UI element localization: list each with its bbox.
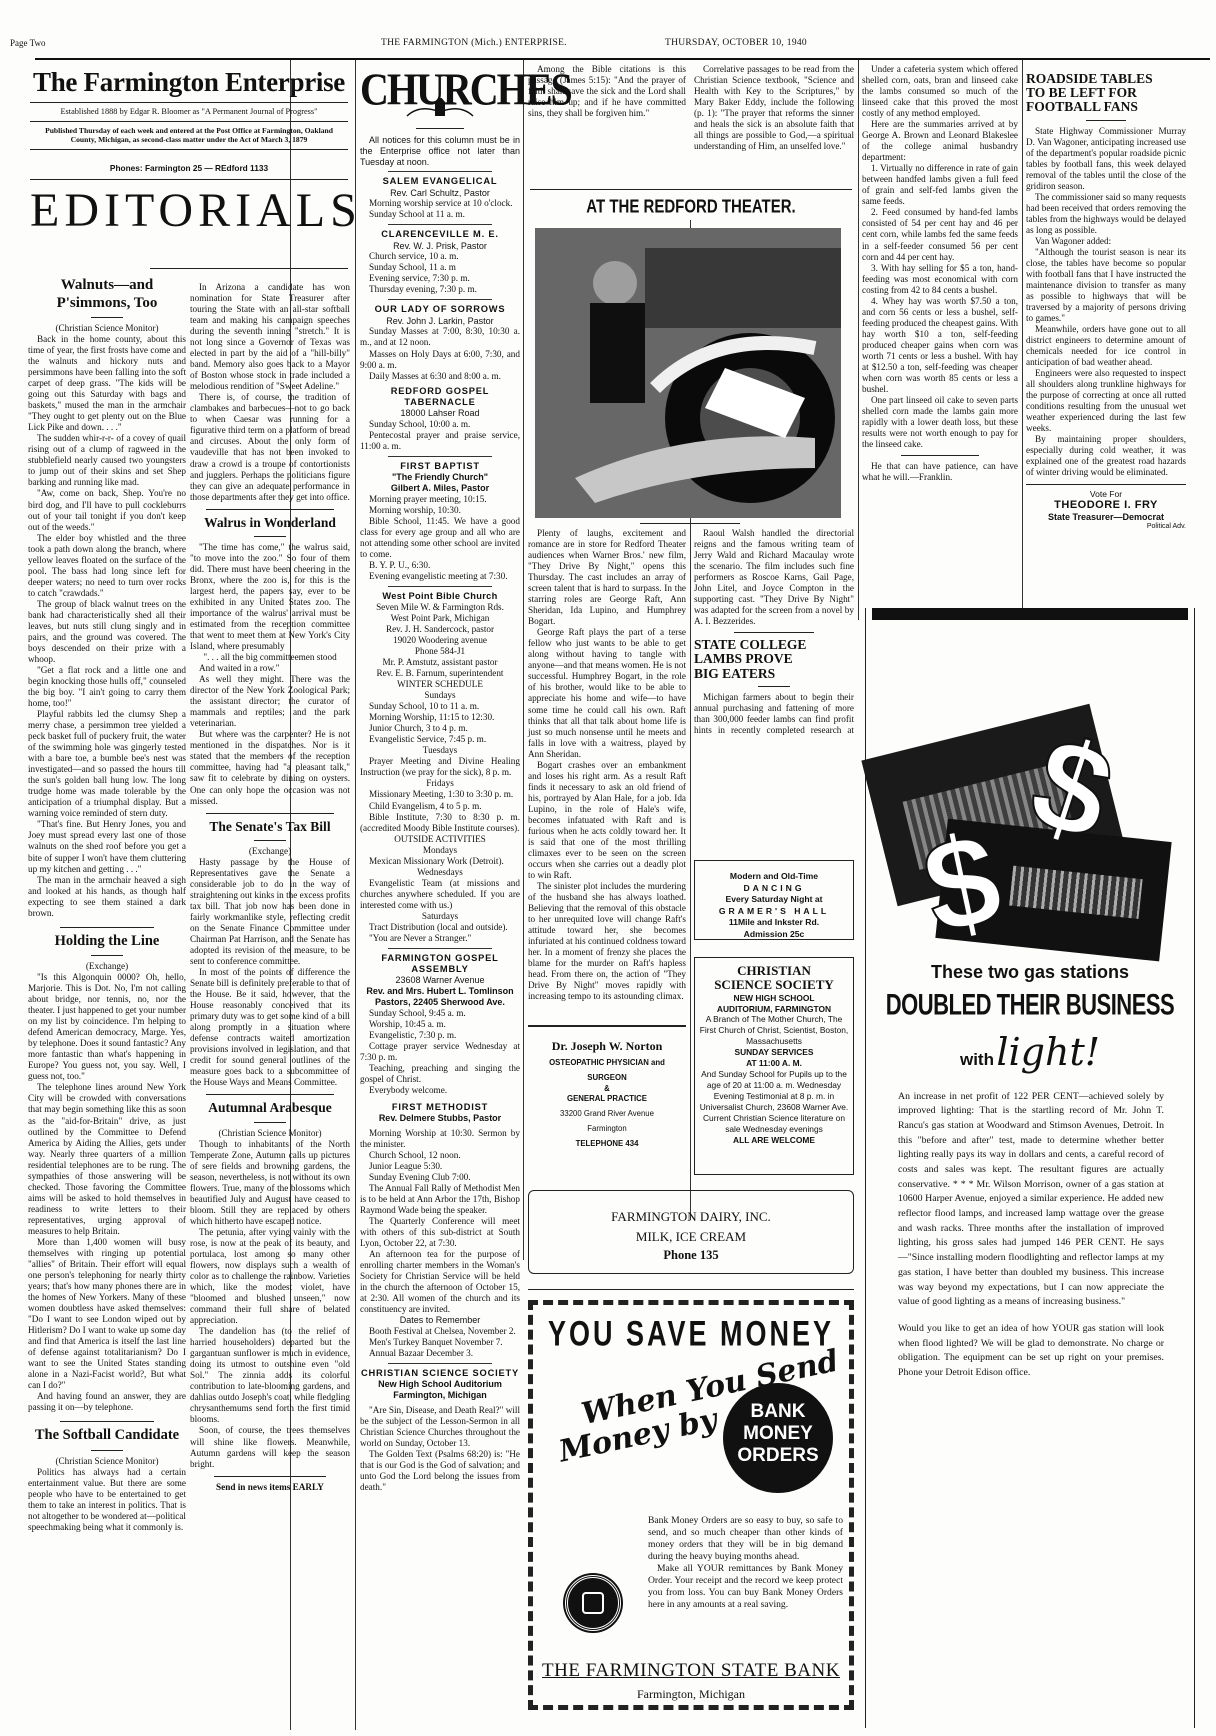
church-line: Daily Masses at 6:30 and 8:00 a. m. <box>360 371 520 382</box>
ad-line: NEW HIGH SCHOOL <box>699 993 849 1004</box>
heading-with: with <box>960 1050 994 1069</box>
dairy-name: FARMINGTON DAIRY, INC. <box>529 1209 853 1225</box>
ad-line: Current Christian Science literature on … <box>699 1113 849 1135</box>
paragraph: Plenty of laughs, excitement and romance… <box>528 528 686 627</box>
franklin-quote: He that can have patience, can have what… <box>862 461 1018 483</box>
film-still-illustration <box>535 228 841 518</box>
church-line: Pentecostal prayer and praise service, 1… <box>360 430 520 452</box>
headline-line: TO BE LEFT FOR <box>1026 86 1186 100</box>
paragraph: Soon, of course, the trees themselves wi… <box>190 1425 350 1469</box>
ad-line: DANCING <box>695 883 853 895</box>
church-line: Sunday School, 10:00 a. m. <box>360 419 520 430</box>
church-line: Worship, 10:45 a. m. <box>360 1019 520 1030</box>
paragraph: Bogart crashes over an embankment and lo… <box>528 760 686 881</box>
church-line: An afternoon tea for the purpose of enro… <box>360 1249 520 1315</box>
church-line: Thursday evening, 7:30 p. m. <box>360 284 520 295</box>
church-line: Mexican Missionary Work (Detroit). <box>360 856 520 867</box>
church-line: Prayer Meeting and Divine Healing Instru… <box>360 756 520 778</box>
gas-station-illustration: $ $ <box>866 620 1194 910</box>
ad-line: AT 11:00 A. M. <box>699 1058 849 1069</box>
church-line: Child Evangelism, 4 to 5 p. m. <box>360 801 520 812</box>
vote-line: Vote For <box>1026 489 1186 499</box>
paragraph: The telephone lines around New York City… <box>28 1082 186 1236</box>
paragraph: 2. Feed consumed by hand-fed lambs consi… <box>862 207 1018 262</box>
ad-line: GENERAL PRACTICE <box>528 1092 686 1107</box>
church-address: Pastors, 22405 Sherwood Ave. <box>360 997 520 1008</box>
article-title: Walnuts—and P'simmons, Too <box>28 276 186 312</box>
church-line: Evangelistic, 7:30 p. m. <box>360 1030 520 1041</box>
redford-film-still <box>535 228 841 518</box>
schedule-title: OUTSIDE ACTIVITIES <box>360 834 520 845</box>
church-line: Sunday School, 10 to 11 a. m. <box>360 701 520 712</box>
edison-ad: $ $ These two gas stations DOUBLED THEIR… <box>865 608 1195 1728</box>
paragraph: And waited in a row." <box>190 663 350 674</box>
redford-title: AT THE REDFORD THEATER. <box>528 196 854 219</box>
headline-line: BIG EATERS <box>694 667 854 681</box>
paragraph: Meanwhile, orders have gone out to all d… <box>1026 324 1186 368</box>
redford-col-2: Raoul Walsh handled the directorial reig… <box>694 528 854 736</box>
church-line: B. Y. P. U., 6:30. <box>360 560 520 571</box>
church-line: Bible Institute, 7:30 to 8:30 p. m. (acc… <box>360 812 520 834</box>
church-name: CHRISTIAN SCIENCE SOCIETY <box>360 1368 520 1379</box>
paragraph: "Aw, come on back, Shep. You're no bird … <box>28 488 186 532</box>
paragraph: And having found an answer, they are pas… <box>28 1391 186 1413</box>
day-label: Tuesdays <box>360 745 520 756</box>
church-line: Annual Bazaar December 3. <box>360 1348 520 1359</box>
page-label: Page Two <box>10 38 45 49</box>
church-line: Junior Church, 3 to 4 p. m. <box>360 723 520 734</box>
paragraph: The petunia, after vying vainly with the… <box>190 1227 350 1326</box>
church-line: Junior League 5:30. <box>360 1161 520 1172</box>
day-label: Saturdays <box>360 911 520 922</box>
article-source: (Christian Science Monitor) <box>190 1128 350 1139</box>
ad-line: 33200 Grand River Avenue <box>528 1107 686 1122</box>
church-line: Morning prayer meeting, 10:15. <box>360 494 520 505</box>
ad-line: A Branch of The Mother Church, The First… <box>699 1014 849 1047</box>
norton-ad: Dr. Joseph W. Norton OSTEOPATHIC PHYSICI… <box>528 1025 686 1175</box>
heading-light: light! <box>996 1030 1100 1074</box>
ad-line: GRAMER'S HALL <box>695 906 853 918</box>
dairy-ad: FARMINGTON DAIRY, INC. MILK, ICE CREAM P… <box>528 1190 854 1274</box>
bank-location: Farmington, Michigan <box>533 1687 849 1701</box>
church-line: Church School, 12 noon. <box>360 1150 520 1161</box>
column-b: In Arizona a candidate has won nominatio… <box>190 282 350 1493</box>
church-name: SALEM EVANGELICAL <box>360 176 520 187</box>
church-line: Morning worship, 10:30. <box>360 505 520 516</box>
church-line: The Quarterly Conference will meet with … <box>360 1216 520 1249</box>
church-line: Bible School, 11:45. We have a good clas… <box>360 516 520 560</box>
ad-line: Farmington <box>528 1122 686 1137</box>
vote-fry-ad: Vote For THEODORE I. FRY State Treasurer… <box>1026 489 1186 532</box>
church-line: Men's Turkey Banquet November 7. <box>360 1337 520 1348</box>
church-pastor: Rev. W. J. Prisk, Pastor <box>360 241 520 252</box>
church-address: 23608 Warner Avenue <box>360 975 520 986</box>
section-title-editorials: EDITORIALS <box>30 182 348 240</box>
paragraph: "Is this Algonquin 0000? Oh, hello, Marj… <box>28 972 186 1082</box>
footer-note: Send in news items EARLY <box>190 1482 350 1493</box>
doctor-name: Dr. Joseph W. Norton <box>528 1039 686 1053</box>
circle-line: MONEY <box>723 1423 833 1445</box>
lambs-continued: Under a cafeteria system which offered s… <box>862 64 1018 483</box>
paragraph: "The time has come," the walrus said, "t… <box>190 542 350 652</box>
paragraph: An increase in net profit of 122 PER CEN… <box>898 1090 1164 1310</box>
church-address: 18000 Lahser Road <box>360 408 520 419</box>
church-line: Missionary Meeting, 1:30 to 3:30 p. m. <box>360 789 520 800</box>
day-label: Mondays <box>360 845 520 856</box>
church-line: Sunday School, 9:45 a. m. <box>360 1008 520 1019</box>
bank-name: THE FARMINGTON STATE BANK <box>533 1660 849 1683</box>
paragraph: 3. With hay selling for $5 a ton, hand-f… <box>862 263 1018 296</box>
church-ornament-icon <box>405 98 475 120</box>
church-staff: Rev. E. B. Farnum, superintendent <box>360 668 520 679</box>
ad-title: SCIENCE SOCIETY <box>699 978 849 992</box>
established-line: Established 1888 by Edgar R. Bloomer as … <box>36 107 342 117</box>
article-title: Autumnal Arabesque <box>190 1100 350 1116</box>
church-line: Morning Worship at 10:30. Sermon by the … <box>360 1128 520 1150</box>
cs-continued-1: Among the Bible citations is this passag… <box>528 64 686 119</box>
publication-notice: Published Thursday of each week and ente… <box>34 126 344 144</box>
church-line: Morning worship service at 10 o'clock. <box>360 198 520 209</box>
paragraph: But where was the carpenter? He is not m… <box>190 729 350 806</box>
paragraph: Make all YOUR remittances by Bank Money … <box>648 1563 843 1611</box>
paragraph: "Although the tourist season is near its… <box>1026 247 1186 324</box>
dates-title: Dates to Remember <box>360 1315 520 1326</box>
article-source: (Exchange) <box>28 961 186 972</box>
lambs-headline: STATE COLLEGE LAMBS PROVE BIG EATERS <box>694 638 854 681</box>
ad-line: ALL ARE WELCOME <box>699 1135 849 1146</box>
article-source: (Christian Science Monitor) <box>28 1456 186 1467</box>
title-line: Walnuts—and <box>28 276 186 294</box>
newspaper-title: The Farmington Enterprise <box>30 66 348 98</box>
church-address: Rev. J. H. Sandercock, pastor <box>360 624 520 635</box>
candidate-office: State Treasurer—Democrat <box>1026 512 1186 523</box>
paragraph: There is, of course, the tradition of cl… <box>190 392 350 502</box>
redford-rule <box>530 189 852 190</box>
church-staff: Mr. P. Amstutz, assistant pastor <box>360 657 520 668</box>
paragraph: One part linseed oil cake to seven parts… <box>862 395 1018 450</box>
church-pastor: Rev. Carl Schultz, Pastor <box>360 188 520 199</box>
church-line: The Annual Fall Rally of Methodist Men i… <box>360 1183 520 1216</box>
roadside-headline: ROADSIDE TABLES TO BE LEFT FOR FOOTBALL … <box>1026 72 1186 115</box>
day-label: Sundays <box>360 690 520 701</box>
paragraph: Would you like to get an idea of how YOU… <box>898 1322 1164 1381</box>
paragraph: Bank Money Orders are so easy to buy, so… <box>648 1515 843 1563</box>
article-title: Walrus in Wonderland <box>190 515 350 531</box>
article-source: (Christian Science Monitor) <box>28 323 186 334</box>
nameplate: The Farmington Enterprise Established 18… <box>30 66 348 239</box>
ad-line: And Sunday School for Pupils up to the a… <box>699 1069 849 1113</box>
circle-line: ORDERS <box>723 1445 833 1467</box>
paragraph: State Highway Commissioner Murray D. Van… <box>1026 126 1186 192</box>
paragraph: As well they might. There was the direct… <box>190 674 350 729</box>
paragraph: "That's fine. But Henry Jones, you and J… <box>28 819 186 874</box>
bank-body: Bank Money Orders are so easy to buy, so… <box>648 1515 843 1611</box>
money-orders-circle: BANK MONEY ORDERS <box>723 1383 833 1493</box>
church-line: Everybody welcome. <box>360 1085 520 1096</box>
paragraph: Playful rabbits led the clumsy Shep a me… <box>28 709 186 819</box>
paragraph: Van Wagoner added: <box>1026 236 1186 247</box>
paragraph: More than 1,400 women will busy themselv… <box>28 1237 186 1391</box>
political-adv-note: Political Adv. <box>1026 523 1186 531</box>
church-line: Evening service, 7:30 p. m. <box>360 273 520 284</box>
church-line: Correlative passages to be read from the… <box>694 64 854 152</box>
church-line: Among the Bible citations is this passag… <box>528 64 686 119</box>
church-motto: "The Friendly Church" <box>360 472 520 483</box>
church-address: Seven Mile W. & Farmington Rds. <box>360 602 520 613</box>
ad-line: OSTEOPATHIC PHYSICIAN and <box>528 1056 686 1071</box>
headline-line: LAMBS PROVE <box>694 652 854 666</box>
paragraph: George Raft plays the part of a terse fe… <box>528 627 686 759</box>
issue-date: THURSDAY, OCTOBER 10, 1940 <box>665 38 807 49</box>
headline-line: ROADSIDE TABLES <box>1026 72 1186 86</box>
church-line: Evangelistic Team (at missions and churc… <box>360 878 520 911</box>
church-line: The Golden Text (Psalms 68:20) is: "He t… <box>360 1449 520 1493</box>
paragraph: Hasty passage by the House of Representa… <box>190 857 350 967</box>
ad-title: CHRISTIAN <box>699 964 849 978</box>
paragraph: ". . . all the big committeemen stood <box>190 652 350 663</box>
phones-line: Phones: Farmington 25 — REdford 1133 <box>30 164 348 174</box>
day-label: Wednesdays <box>360 867 520 878</box>
paragraph: The sudden whir-r-r- of a covey of quail… <box>28 433 186 488</box>
article-title: Holding the Line <box>28 933 186 950</box>
redford-col-1: Plenty of laughs, excitement and romance… <box>528 528 686 1002</box>
paragraph: Politics has always had a certain entert… <box>28 1467 186 1533</box>
cs-continued-2: Correlative passages to be read from the… <box>694 64 854 152</box>
paragraph: The commissioner said so many requests h… <box>1026 192 1186 236</box>
church-name: FIRST METHODIST <box>360 1102 520 1113</box>
headline-line: STATE COLLEGE <box>694 638 854 652</box>
bank-ad: YOU SAVE MONEY When You Send Money by BA… <box>528 1300 854 1710</box>
paragraph: By maintaining proper shoulders, especia… <box>1026 434 1186 478</box>
column-divider <box>523 60 524 1260</box>
dancing-ad: Modern and Old-Time DANCING Every Saturd… <box>694 860 854 940</box>
church-phone: Phone 584-J1 <box>360 646 520 657</box>
article-title: The Senate's Tax Bill <box>190 819 350 835</box>
headline-line: FOOTBALL FANS <box>1026 100 1186 114</box>
church-line: Sunday School at 11 a. m. <box>360 209 520 220</box>
column-divider <box>355 60 356 1730</box>
day-label: Fridays <box>360 778 520 789</box>
ad-line: Every Saturday Night at <box>695 894 853 906</box>
ad-top-bar <box>872 608 1188 620</box>
ad-line: 11Mile and Inkster Rd. <box>695 917 853 929</box>
paragraph: Raoul Walsh handled the directorial reig… <box>694 528 854 627</box>
edison-body: An increase in net profit of 122 PER CEN… <box>898 1090 1164 1381</box>
church-name: REDFORD GOSPEL TABERNACLE <box>360 386 520 408</box>
paragraph: In most of the points of difference the … <box>190 967 350 1088</box>
paragraph: Engineers were also requested to inspect… <box>1026 368 1186 434</box>
paragraph: The dandelion has (to the relief of harr… <box>190 1326 350 1425</box>
paragraph: Back in the home county, about this time… <box>28 334 186 433</box>
church-name: FIRST BAPTIST <box>360 461 520 472</box>
christian-science-ad: CHRISTIAN SCIENCE SOCIETY NEW HIGH SCHOO… <box>694 957 854 1175</box>
edison-heading-1: These two gas stations <box>866 962 1194 984</box>
article-walnuts: Walnuts—and P'simmons, Too (Christian Sc… <box>28 276 186 1533</box>
paragraph: 4. Whey hay was worth $7.50 a ton, and c… <box>862 296 1018 395</box>
article-title: The Softball Candidate <box>28 1427 186 1444</box>
notice: All notices for this column must be in t… <box>360 135 520 167</box>
church-name: West Point Bible Church <box>360 591 520 602</box>
paragraph: In Arizona a candidate has won nominatio… <box>190 282 350 392</box>
church-address: Farmington, Michigan <box>360 1390 520 1401</box>
edison-heading-2: DOUBLED THEIR BUSINESS <box>866 987 1194 1023</box>
roadside-article: ROADSIDE TABLES TO BE LEFT FOR FOOTBALL … <box>1026 72 1186 531</box>
church-line: Sunday School, 11 a. m <box>360 262 520 273</box>
schedule-title: WINTER SCHEDULE <box>360 679 520 690</box>
church-pastor: Rev. John J. Larkin, Pastor <box>360 316 520 327</box>
church-address: New High School Auditorium <box>360 1379 520 1390</box>
church-name: FARMINGTON GOSPEL ASSEMBLY <box>360 953 520 975</box>
ad-line: SUNDAY SERVICES <box>699 1047 849 1058</box>
paper-name-line: THE FARMINGTON (Mich.) ENTERPRISE. <box>381 38 567 49</box>
church-line: Church service, 10 a. m. <box>360 251 520 262</box>
ad-line: TELEPHONE 434 <box>528 1137 686 1152</box>
church-line: Evening evangelistic meeting at 7:30. <box>360 571 520 582</box>
dairy-products: MILK, ICE CREAM <box>529 1229 853 1245</box>
church-address: 19020 Woodering avenue <box>360 635 520 646</box>
paragraph: Under a cafeteria system which offered s… <box>862 64 1018 119</box>
church-line: "You are Never a Stranger." <box>360 933 520 944</box>
ad-line: Admission 25c <box>695 929 853 941</box>
church-line: Cottage prayer service Wednesday at 7:30… <box>360 1041 520 1063</box>
churches-column: CHURCHES All notices for this column mus… <box>360 64 520 1493</box>
church-address: West Point Park, Michigan <box>360 613 520 624</box>
church-line: Sunday Evening Club 7:00. <box>360 1172 520 1183</box>
paragraph: Here are the summaries arrived at by Geo… <box>862 119 1018 163</box>
bank-headline: YOU SAVE MONEY <box>541 1313 841 1355</box>
church-pastor: Gilbert A. Miles, Pastor <box>360 483 520 494</box>
dairy-phone: Phone 135 <box>529 1248 853 1263</box>
editorials-rule <box>150 268 348 269</box>
top-rule <box>35 58 1210 60</box>
paragraph: "Get a flat rock and a little one and be… <box>28 665 186 709</box>
edison-heading-3: with light! <box>866 1030 1194 1076</box>
redford-rule-2 <box>640 523 740 524</box>
dairy-rule <box>528 1289 854 1290</box>
church-line: Booth Festival at Chelsea, November 2. <box>360 1326 520 1337</box>
church-line: "Are Sin, Disease, and Death Real?" will… <box>360 1405 520 1449</box>
article-source: (Exchange) <box>190 846 350 857</box>
fdic-seal-icon <box>565 1575 621 1631</box>
paragraph: The elder boy whistled and the three too… <box>28 533 186 599</box>
paragraph: 1. Virtually no difference in rate of ga… <box>862 163 1018 207</box>
churches-header: CHURCHES <box>360 64 520 122</box>
candidate-name: THEODORE I. FRY <box>1026 499 1186 512</box>
ad-line: Modern and Old-Time <box>695 871 853 883</box>
ad-line: AUDITORIUM, FARMINGTON <box>699 1004 849 1015</box>
church-name: OUR LADY OF SORROWS <box>360 304 520 315</box>
church-line: Sunday Masses at 7:00, 8:30, 10:30 a. m.… <box>360 326 520 348</box>
church-pastor: Rev. and Mrs. Hubert L. Tomlinson <box>360 986 520 997</box>
church-line: Morning Worship, 11:15 to 12:30. <box>360 712 520 723</box>
church-line: Tract Distribution (local and outside). <box>360 922 520 933</box>
paragraph: The sinister plot includes the murdering… <box>528 881 686 1002</box>
church-name: CLARENCEVILLE M. E. <box>360 229 520 240</box>
church-line: Masses on Holy Days at 6:00, 7:30, and 9… <box>360 349 520 371</box>
title-line: P'simmons, Too <box>28 294 186 312</box>
paragraph: The group of black walnut trees on the b… <box>28 599 186 665</box>
church-line: Evangelistic Service, 7:45 p. m. <box>360 734 520 745</box>
circle-line: BANK <box>723 1401 833 1423</box>
church-line: Teaching, preaching and singing the gosp… <box>360 1063 520 1085</box>
column-divider <box>1022 60 1023 620</box>
paragraph: Though to inhabitants of the North Tempe… <box>190 1139 350 1227</box>
church-pastor: Rev. Delmere Stubbs, Pastor <box>360 1113 520 1124</box>
column-divider <box>858 60 859 620</box>
paragraph: Michigan farmers about to begin their an… <box>694 692 854 736</box>
paragraph: The man in the armchair heaved a sigh an… <box>28 875 186 919</box>
